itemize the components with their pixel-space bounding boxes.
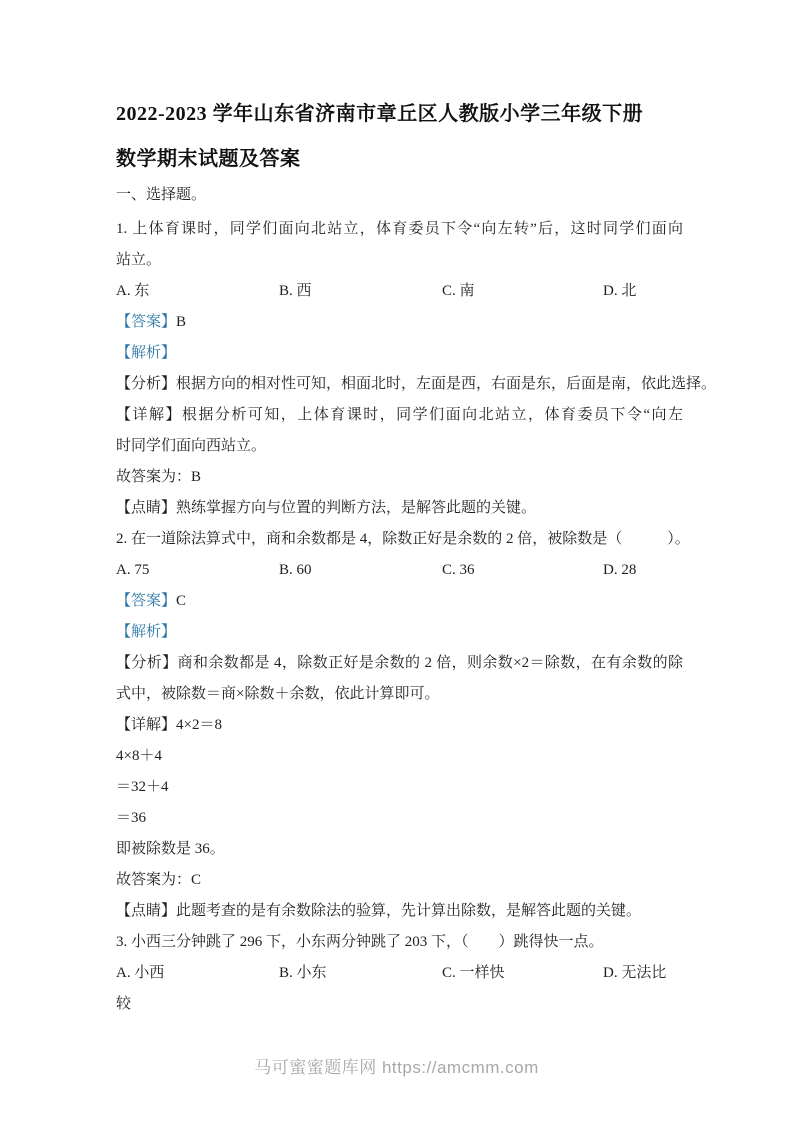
q3-option-b: B. 小东 bbox=[279, 958, 442, 989]
q1-analysis-label: 【解析】 bbox=[116, 345, 176, 361]
q2-calc-line-1: 4×8＋4 bbox=[116, 741, 683, 772]
q1-option-d: D. 北 bbox=[603, 276, 683, 307]
q2-option-d: D. 28 bbox=[603, 555, 683, 586]
q1-tip-line: 【点睛】熟练掌握方向与位置的判断方法，是解答此题的关键。 bbox=[116, 493, 683, 524]
q2-answer-value: C bbox=[176, 593, 186, 609]
q2-option-b: B. 60 bbox=[279, 555, 442, 586]
doc-title-line-1: 2022-2023 学年山东省济南市章丘区人教版小学三年级下册 bbox=[116, 92, 683, 137]
doc-body: 一、选择题。 1. 上体育课时，同学们面向北站立，体育委员下令“向左转”后，这时… bbox=[116, 180, 683, 1020]
q2-result-line: 即被除数是 36。 bbox=[116, 834, 683, 865]
q1-options-row: A. 东 B. 西 C. 南 D. 北 bbox=[116, 276, 683, 307]
q3-option-d: D. 无法比 bbox=[603, 958, 683, 989]
q3-option-a: A. 小西 bbox=[116, 958, 279, 989]
q1-option-c: C. 南 bbox=[442, 276, 603, 307]
q1-detail-line-1: 【详解】根据分析可知，上体育课时，同学们面向北站立，体育委员下令“向左转”后，这 bbox=[116, 400, 683, 431]
section-heading: 一、选择题。 bbox=[116, 180, 683, 211]
q3-stem-line-1: 3. 小西三分钟跳了 296 下，小东两分钟跳了 203 下，（ ）跳得快一点。 bbox=[116, 927, 683, 958]
q2-calc-line-3: ＝36 bbox=[116, 803, 683, 834]
q1-answer-value: B bbox=[176, 314, 186, 330]
q3-option-c: C. 一样快 bbox=[442, 958, 603, 989]
q2-stem-line-1: 2. 在一道除法算式中，商和余数都是 4，除数正好是余数的 2 倍，被除数是（ … bbox=[116, 524, 683, 555]
q3-options-row: A. 小西 B. 小东 C. 一样快 D. 无法比 bbox=[116, 958, 683, 989]
q1-answer-line: 【答案】B bbox=[116, 307, 683, 338]
q2-analysis-label: 【解析】 bbox=[116, 624, 176, 640]
q2-answer-label: 【答案】 bbox=[116, 593, 176, 609]
q2-tip-line: 【点睛】此题考查的是有余数除法的验算，先计算出除数，是解答此题的关键。 bbox=[116, 896, 683, 927]
q2-detail-line-1: 【详解】4×2＝8 bbox=[116, 710, 683, 741]
q1-conclusion-line: 故答案为：B bbox=[116, 462, 683, 493]
q1-option-b: B. 西 bbox=[279, 276, 442, 307]
q1-option-a: A. 东 bbox=[116, 276, 279, 307]
q1-answer-label: 【答案】 bbox=[116, 314, 176, 330]
q2-calc-line-2: ＝32＋4 bbox=[116, 772, 683, 803]
doc-title-line-2: 数学期末试题及答案 bbox=[116, 137, 683, 182]
q1-stem-line-2: 站立。 bbox=[116, 245, 683, 276]
q1-stem-line-1: 1. 上体育课时，同学们面向北站立，体育委员下令“向左转”后，这时同学们面向（ … bbox=[116, 214, 683, 245]
q3-option-d-continuation: 较 bbox=[116, 989, 683, 1020]
q2-analysis-label-line: 【解析】 bbox=[116, 617, 683, 648]
footer-text: 马可蜜蜜题库网 https://amcmm.com bbox=[254, 1058, 539, 1077]
q1-detail-line-2: 时同学们面向西站立。 bbox=[116, 431, 683, 462]
q2-conclusion-line: 故答案为：C bbox=[116, 865, 683, 896]
exam-document-page: 2022-2023 学年山东省济南市章丘区人教版小学三年级下册 数学期末试题及答… bbox=[0, 0, 793, 1122]
q1-analysis-line: 【分析】根据方向的相对性可知，相面北时，左面是西，右面是东，后面是南，依此选择。 bbox=[116, 369, 683, 400]
q2-option-c: C. 36 bbox=[442, 555, 603, 586]
q1-analysis-label-line: 【解析】 bbox=[116, 338, 683, 369]
q2-analysis-line-1: 【分析】商和余数都是 4，除数正好是余数的 2 倍，则余数×2＝除数，在有余数的… bbox=[116, 648, 683, 679]
q2-options-row: A. 75 B. 60 C. 36 D. 28 bbox=[116, 555, 683, 586]
q2-answer-line: 【答案】C bbox=[116, 586, 683, 617]
footer-watermark: 马可蜜蜜题库网 https://amcmm.com bbox=[0, 1056, 793, 1080]
doc-title: 2022-2023 学年山东省济南市章丘区人教版小学三年级下册 数学期末试题及答… bbox=[116, 92, 683, 182]
q2-analysis-line-2: 式中，被除数＝商×除数＋余数，依此计算即可。 bbox=[116, 679, 683, 710]
q2-option-a: A. 75 bbox=[116, 555, 279, 586]
